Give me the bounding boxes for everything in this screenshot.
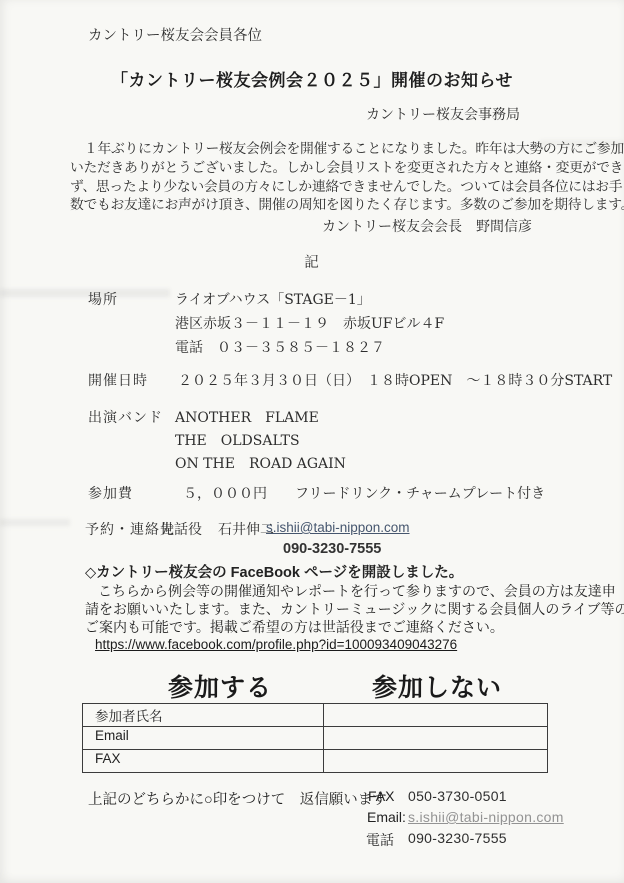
facebook-body-line: 請をお願いいたします。また、カントリーミュージックに関する会員個人のライブ等の (85, 599, 624, 619)
venue-address: 港区赤坂３－１１－１９ 赤坂UFビル４F (175, 313, 444, 333)
contact-email-link: s.ishii@tabi-nippon.com (266, 520, 410, 535)
venue-phone: 電話 ０３－３５８５－１８２７ (175, 337, 385, 357)
reply-form-table: 参加者氏名 Email FAX (82, 703, 548, 773)
fax-label: FAX (368, 788, 394, 804)
facebook-url-link: https://www.facebook.com/profile.php?id=… (95, 637, 457, 652)
table-row-label-fax: FAX (83, 750, 324, 772)
venue-label: 場所 (88, 289, 118, 309)
scan-artifact (0, 289, 170, 297)
table-cell-empty (324, 750, 547, 772)
body-paragraph: １年ぶりにカントリー桜友会例会を開催することになりました。昨年は大勢の方にご参加… (70, 140, 570, 215)
tel-label: 電話 (366, 830, 394, 850)
band-name: ON THE ROAD AGAIN (175, 453, 346, 473)
facebook-body-line: こちらから例会等の開催通知やレポートを行って参りますので、会員の方は友達申 (98, 581, 616, 601)
tel-number: 090-3230-7555 (408, 830, 507, 846)
sender-line: カントリー桜友会事務局 (366, 104, 520, 124)
fee-label: 参加費 (88, 483, 133, 503)
contact-phone: 090-3230-7555 (283, 541, 381, 557)
venue-name: ライオブハウス「STAGE－1」 (175, 289, 371, 309)
table-row-label-name: 参加者氏名 (83, 704, 324, 727)
reply-instruction: 上記のどちらかに○印をつけて 返信願います (88, 788, 387, 809)
scan-artifact (0, 519, 70, 526)
bands-label: 出演バンド (88, 407, 163, 427)
table-row-label-email: Email (83, 727, 324, 750)
table-cell-empty (324, 727, 547, 750)
band-name: THE OLDSALTS (175, 430, 300, 450)
recipient-line: カントリー桜友会会員各位 (88, 24, 262, 45)
document-title: 「カントリー桜友会例会２０２５」開催のお知らせ (0, 66, 624, 91)
decline-option-label: 参加しない (372, 668, 502, 704)
facebook-heading: ◇カントリー桜友会の FaceBook ページを開設しました。 (85, 561, 463, 582)
signature-line: カントリー桜友会会長 野間信彦 (322, 216, 532, 236)
fee-value: ５，０００円 フリードリンク・チャームプレート付き (183, 483, 545, 503)
scanned-letter-page: カントリー桜友会会員各位 「カントリー桜友会例会２０２５」開催のお知らせ カント… (0, 0, 624, 883)
datetime-value: ２０２５年３月３０日（日） １８時OPEN ～１８時３０分START (178, 370, 612, 390)
body-line: １年ぶりにカントリー桜友会例会を開催することになりました。昨年は大勢の方にご参加 (70, 140, 570, 159)
body-line: 数でもお友達にお声がけ頂き、開催の周知を図りたく存じます。多数のご参加を期待しま… (70, 196, 570, 215)
email-link: s.ishii@tabi-nippon.com (408, 809, 564, 825)
band-name: ANOTHER FLAME (175, 407, 319, 427)
facebook-body-line: ご案内も可能です。掲載ご希望の方は世話役までご連絡ください。 (85, 617, 504, 637)
attend-option-label: 参加する (168, 668, 272, 704)
record-mark: 記 (0, 251, 624, 272)
body-line: ず、思ったより少ない会員の方々にしか連絡できませんでした。ついては会員各位にはお… (70, 178, 570, 197)
fax-number: 050-3730-0501 (408, 788, 507, 804)
datetime-label: 開催日時 (88, 370, 148, 390)
body-line: いただきありがとうございました。しかし会員リストを変更された方々と連絡・変更がで… (70, 159, 570, 178)
email-label: Email: (367, 809, 406, 825)
contact-role: 世話役 (160, 519, 202, 539)
table-cell-empty (324, 704, 547, 727)
